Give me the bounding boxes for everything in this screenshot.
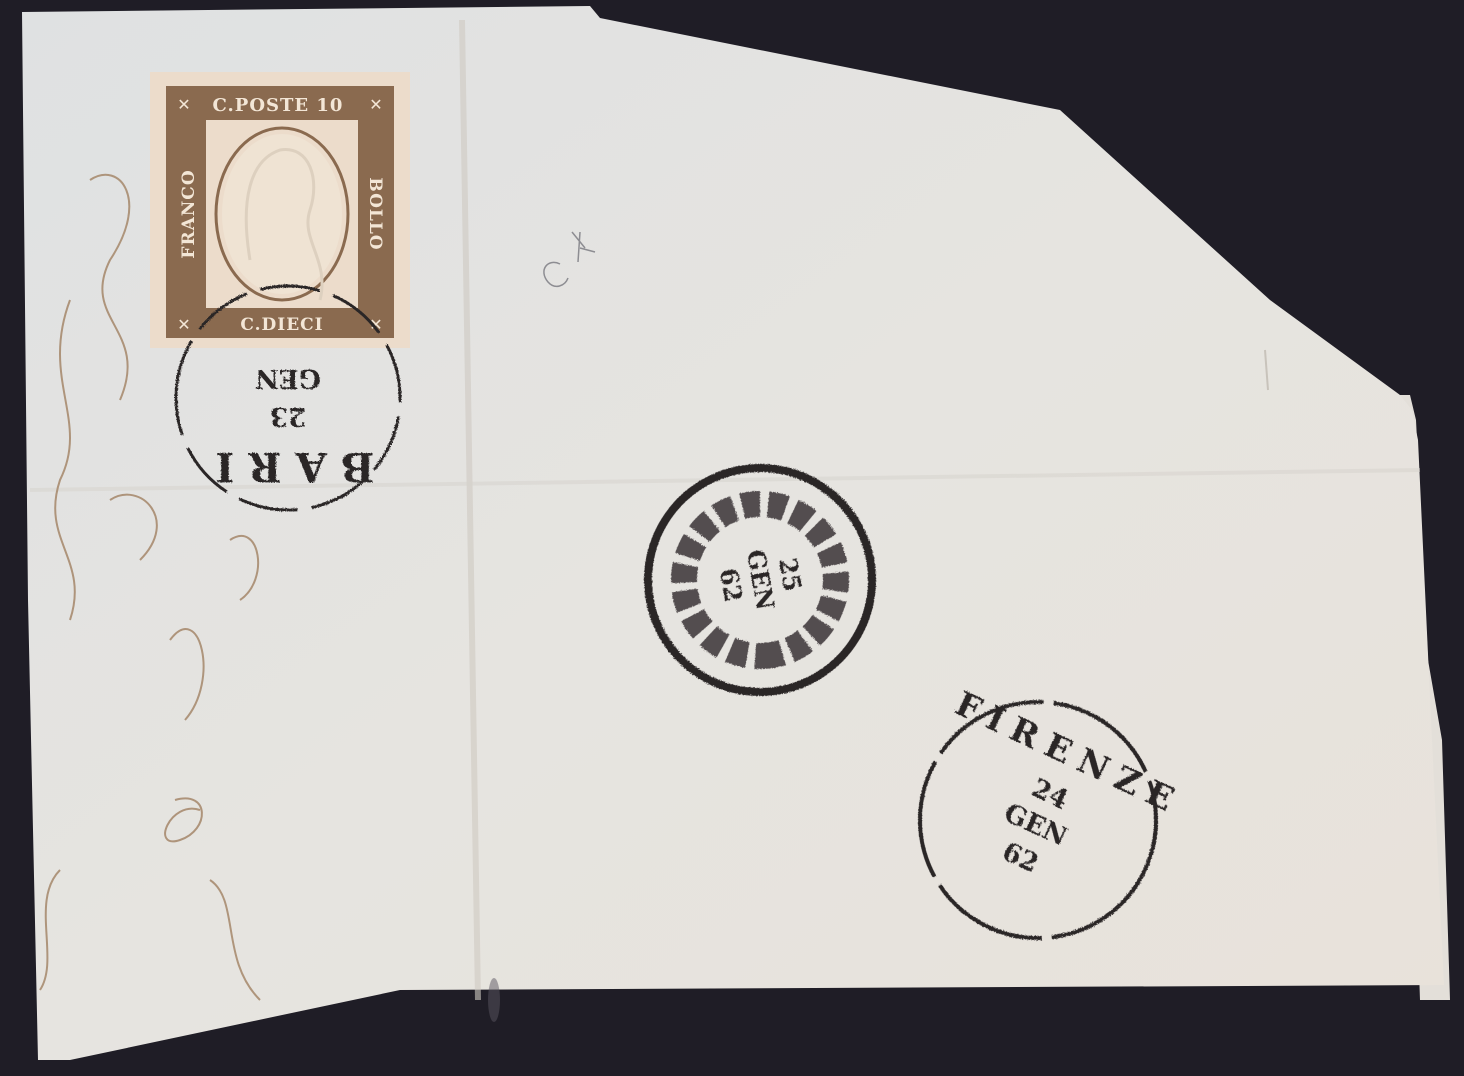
svg-text:✕: ✕ [369, 95, 382, 114]
stamp: C.POSTE 10 C.DIECI FRANCO BOLLO ✕ ✕ ✕ ✕ [150, 72, 410, 348]
svg-text:✕: ✕ [177, 315, 190, 334]
postmark-middle-day: 25 [773, 556, 807, 594]
postmark-bari-town: BARI [202, 443, 375, 490]
stamp-right-text: BOLLO [365, 177, 385, 250]
stamp-top-text: C.POSTE 10 [213, 95, 344, 116]
postmark-middle-year: 62 [714, 566, 748, 604]
postmark-bari-day: 23 [270, 401, 306, 431]
svg-text:✕: ✕ [177, 95, 190, 114]
postal-cover-scene: C.POSTE 10 C.DIECI FRANCO BOLLO ✕ ✕ ✕ ✕ … [0, 0, 1464, 1076]
stamp-left-text: FRANCO [179, 169, 199, 258]
postmark-bari-month: GEN [255, 363, 321, 393]
stamp-bottom-text: C.DIECI [240, 315, 323, 335]
ink-smudge [488, 978, 500, 1022]
